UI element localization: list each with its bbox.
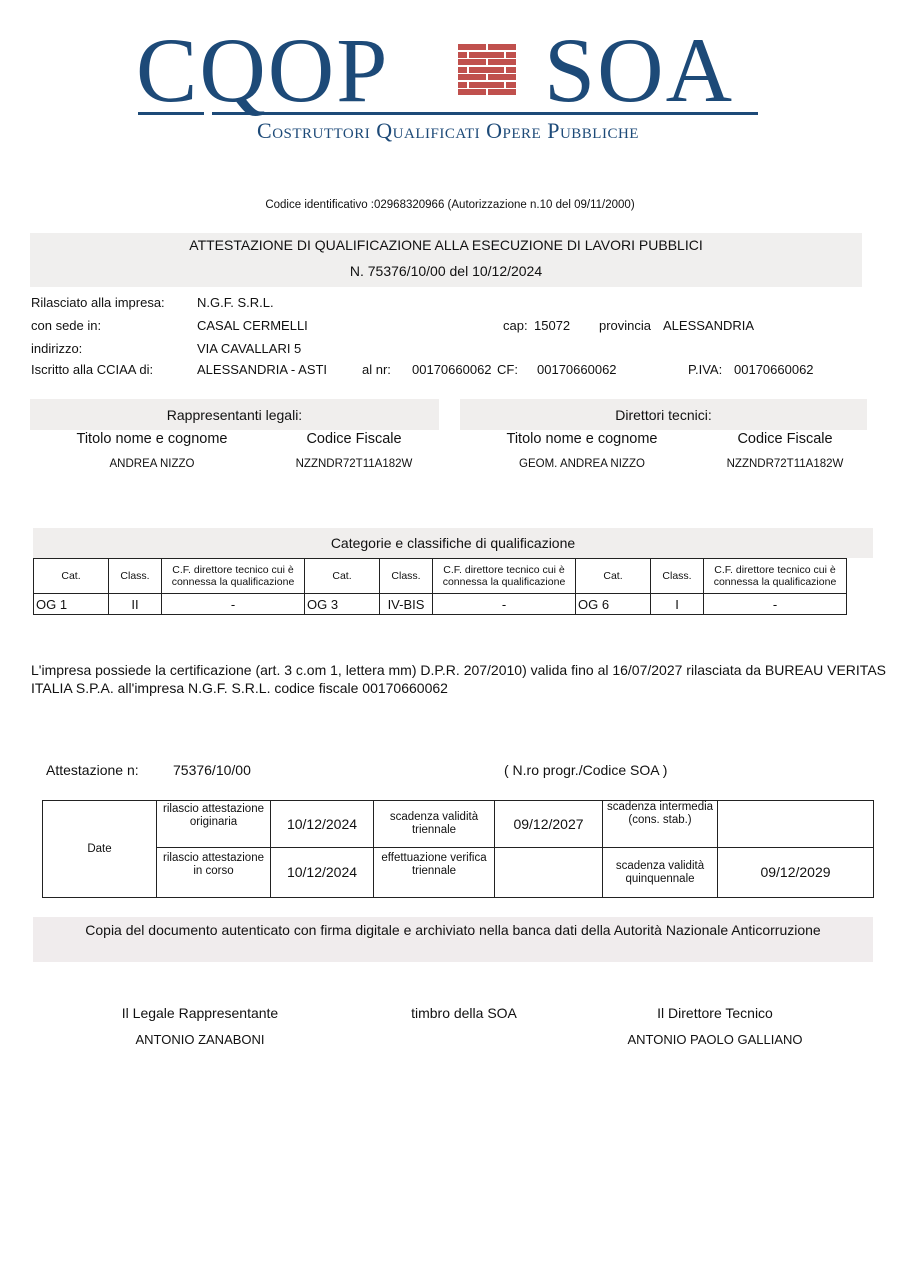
brick-wall-icon bbox=[458, 44, 516, 96]
label-impresa: Rilasciato alla impresa: bbox=[31, 295, 165, 311]
category-code: OG 3 bbox=[305, 594, 380, 615]
legal-reps-title: Rappresentanti legali: bbox=[30, 399, 439, 430]
header-class: Class. bbox=[651, 559, 704, 594]
tech-dirs-title: Direttori tecnici: bbox=[460, 399, 867, 430]
tech-dir-name: GEOM. ANDREA NIZZO bbox=[472, 458, 692, 470]
categories-table: Cat. Class. C.F. direttore tecnico cui è… bbox=[33, 558, 847, 615]
label-cf: CF: bbox=[497, 362, 518, 378]
indirizzo-value: VIA CAVALLARI 5 bbox=[197, 341, 301, 357]
category-code: OG 6 bbox=[576, 594, 651, 615]
table-row: OG 1 II - OG 3 IV-BIS - OG 6 I - bbox=[34, 594, 847, 615]
scadenza-intermedia-date bbox=[718, 801, 874, 848]
scadenza-intermedia-label: scadenza intermedia (cons. stab.) bbox=[603, 801, 718, 848]
attestation-label: Attestazione n: bbox=[46, 762, 139, 778]
legal-rep-signature-name: ANTONIO ZANABONI bbox=[100, 1032, 300, 1047]
logo-soa-text: SOA bbox=[544, 30, 734, 110]
label-cciaa: Iscritto alla CCIAA di: bbox=[31, 362, 153, 378]
table-row: Date rilascio attestazione originaria 10… bbox=[43, 801, 874, 848]
tech-dir-signature-label: Il Direttore Tecnico bbox=[615, 1005, 815, 1021]
dates-row-label: Date bbox=[43, 801, 157, 898]
logo-rule bbox=[212, 112, 758, 115]
tech-dirs-col-name: Titolo nome e cognome bbox=[472, 431, 692, 447]
label-provincia: provincia bbox=[599, 318, 651, 334]
piva-value: 00170660062 bbox=[734, 362, 814, 378]
cap-value: 15072 bbox=[534, 318, 570, 334]
table-row: rilascio attestazione in corso 10/12/202… bbox=[43, 848, 874, 898]
logo-subtitle: Costruttori Qualificati Opere Pubbliche bbox=[138, 117, 758, 145]
certification-text: L'impresa possiede la certificazione (ar… bbox=[31, 661, 891, 697]
codice-identificativo: Codice identificativo :02968320966 (Auto… bbox=[0, 199, 900, 211]
logo-rule bbox=[138, 112, 204, 115]
document-title: ATTESTAZIONE DI QUALIFICAZIONE ALLA ESEC… bbox=[30, 237, 862, 253]
legal-reps-col-cf: Codice Fiscale bbox=[274, 431, 434, 447]
legal-rep-cf: NZZNDR72T11A182W bbox=[268, 458, 440, 470]
category-code: OG 1 bbox=[34, 594, 109, 615]
soa-stamp-label: timbro della SOA bbox=[364, 1005, 564, 1021]
verifica-triennale-date bbox=[495, 848, 603, 898]
document-number: N. 75376/10/00 del 10/12/2024 bbox=[30, 263, 862, 279]
legal-rep-signature-label: Il Legale Rappresentante bbox=[100, 1005, 300, 1021]
rilascio-originaria-date: 10/12/2024 bbox=[271, 801, 374, 848]
logo-cqop-text: CQOP bbox=[136, 30, 389, 110]
legal-reps-col-name: Titolo nome e cognome bbox=[42, 431, 262, 447]
category-class: I bbox=[651, 594, 704, 615]
tech-dir-signature-name: ANTONIO PAOLO GALLIANO bbox=[595, 1032, 835, 1047]
label-sede: con sede in: bbox=[31, 318, 101, 334]
label-piva: P.IVA: bbox=[688, 362, 722, 378]
category-cf-director: - bbox=[433, 594, 576, 615]
rilascio-in-corso-date: 10/12/2024 bbox=[271, 848, 374, 898]
anac-notice: Copia del documento autenticato con firm… bbox=[33, 922, 873, 938]
category-class: IV-BIS bbox=[380, 594, 433, 615]
table-header-row: Cat. Class. C.F. direttore tecnico cui è… bbox=[34, 559, 847, 594]
scadenza-triennale-date: 09/12/2027 bbox=[495, 801, 603, 848]
attestation-note: ( N.ro progr./Codice SOA ) bbox=[504, 762, 667, 778]
header-cat: Cat. bbox=[34, 559, 109, 594]
rilascio-originaria-label: rilascio attestazione originaria bbox=[157, 801, 271, 848]
cciaa-value: ALESSANDRIA - ASTI bbox=[197, 362, 327, 378]
scadenza-triennale-label: scadenza validità triennale bbox=[374, 801, 495, 848]
category-cf-director: - bbox=[704, 594, 847, 615]
categories-title: Categorie e classifiche di qualificazion… bbox=[33, 528, 873, 558]
category-cf-director: - bbox=[162, 594, 305, 615]
dates-table: Date rilascio attestazione originaria 10… bbox=[42, 800, 874, 898]
sede-value: CASAL CERMELLI bbox=[197, 318, 308, 334]
impresa-value: N.G.F. S.R.L. bbox=[197, 295, 274, 311]
header-cat: Cat. bbox=[576, 559, 651, 594]
scadenza-quinquennale-date: 09/12/2029 bbox=[718, 848, 874, 898]
nr-value: 00170660062 bbox=[412, 362, 492, 378]
header-cf-director: C.F. direttore tecnico cui è connessa la… bbox=[162, 559, 305, 594]
attestation-number: 75376/10/00 bbox=[173, 762, 251, 778]
category-class: II bbox=[109, 594, 162, 615]
provincia-value: ALESSANDRIA bbox=[663, 318, 754, 334]
label-indirizzo: indirizzo: bbox=[31, 341, 82, 357]
header-class: Class. bbox=[380, 559, 433, 594]
verifica-triennale-label: effettuazione verifica triennale bbox=[374, 848, 495, 898]
header-cf-director: C.F. direttore tecnico cui è connessa la… bbox=[433, 559, 576, 594]
label-cap: cap: bbox=[503, 318, 528, 334]
header-cf-director: C.F. direttore tecnico cui è connessa la… bbox=[704, 559, 847, 594]
header-cat: Cat. bbox=[305, 559, 380, 594]
legal-rep-name: ANDREA NIZZO bbox=[42, 458, 262, 470]
tech-dir-cf: NZZNDR72T11A182W bbox=[699, 458, 871, 470]
cf-value: 00170660062 bbox=[537, 362, 617, 378]
label-nr: al nr: bbox=[362, 362, 391, 378]
header-class: Class. bbox=[109, 559, 162, 594]
tech-dirs-col-cf: Codice Fiscale bbox=[705, 431, 865, 447]
rilascio-in-corso-label: rilascio attestazione in corso bbox=[157, 848, 271, 898]
scadenza-quinquennale-label: scadenza validità quinquennale bbox=[603, 848, 718, 898]
